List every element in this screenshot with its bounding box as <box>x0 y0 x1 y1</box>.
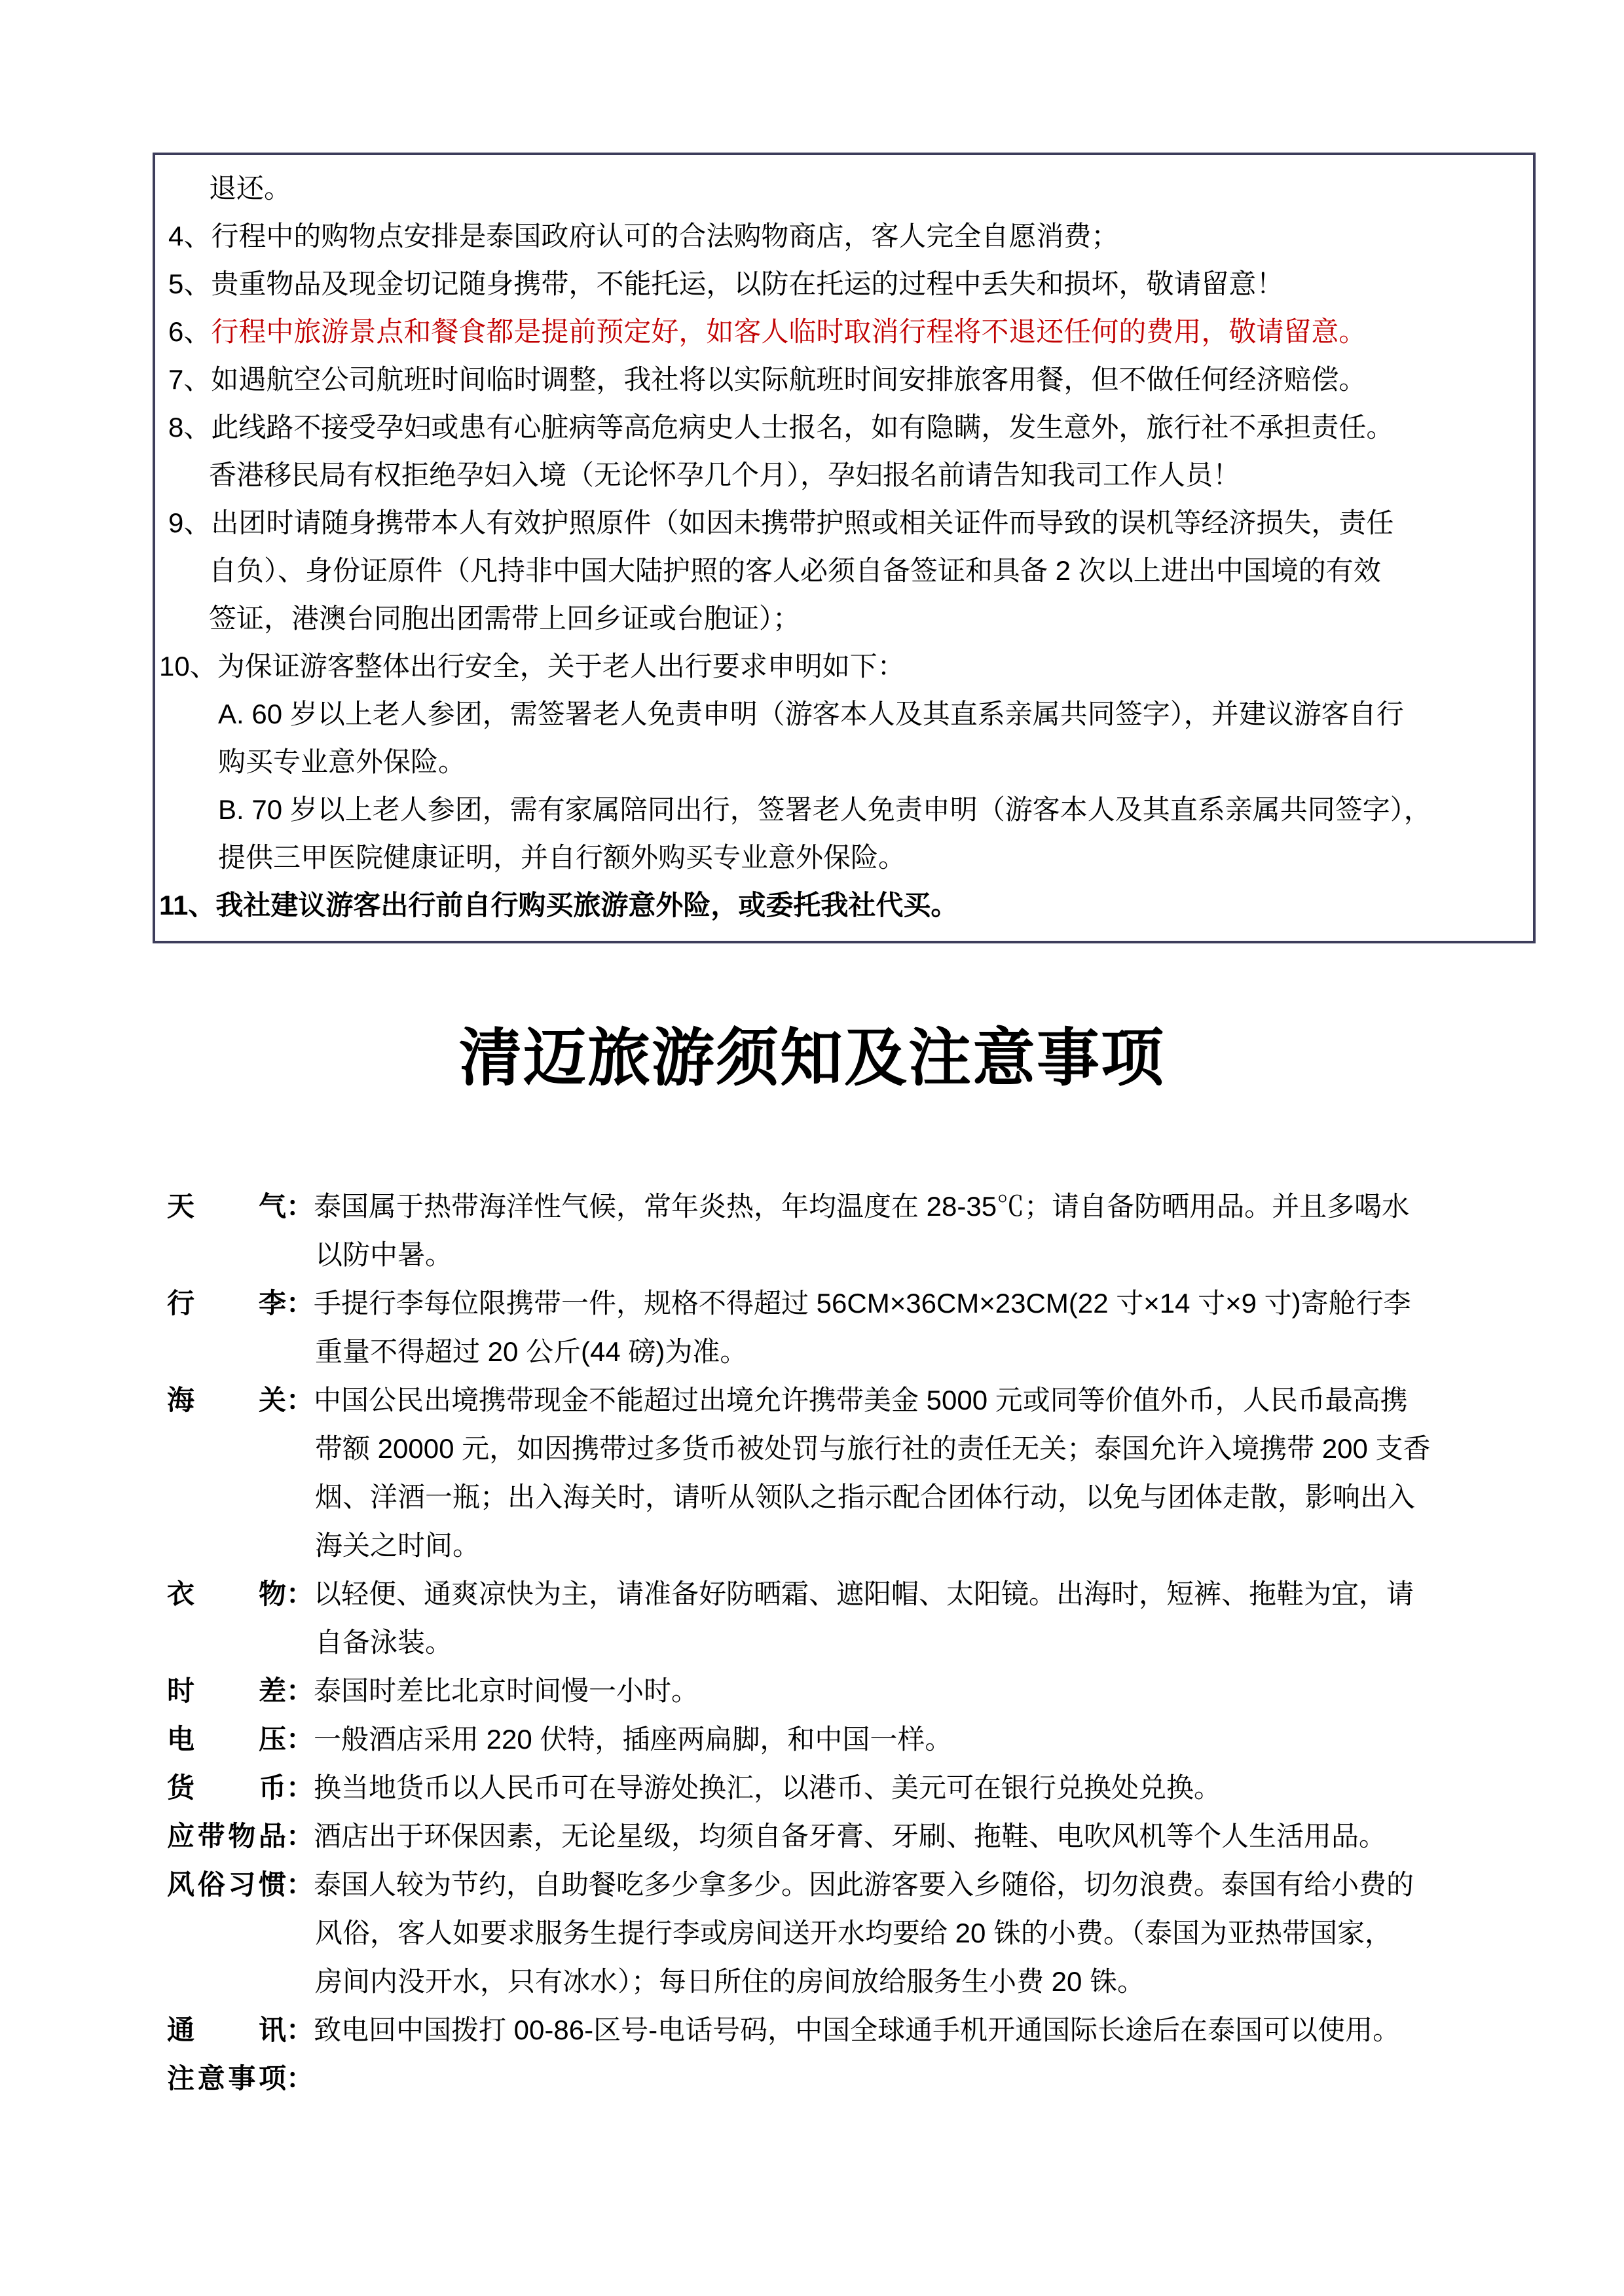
notice-item-10-a-cont: 购买专业意外保险。 <box>168 738 1521 786</box>
notice-item-11: 11、我社建议游客出行前自行购买旅游意外险，或委托我社代买。 <box>159 881 1521 929</box>
info-label: 电压 <box>167 1715 286 1764</box>
label-colon: ： <box>286 1578 314 1609</box>
notice-item-9: 9、出团时请随身携带本人有效护照原件（如因未携带护照或相关证件而导致的误机等经济… <box>168 499 1521 547</box>
label-colon: ： <box>286 1821 314 1851</box>
item-text: 如遇航空公司航班时间临时调整，我社将以实际航班时间安排旅客用餐，但不做任何经济赔… <box>211 364 1366 395</box>
item-number: 7、 <box>168 364 211 395</box>
notice-item-5: 5、贵重物品及现金切记随身携带，不能托运，以防在托运的过程中丢失和损坏，敬请留意… <box>168 260 1521 308</box>
item-text: 出团时请随身携带本人有效护照原件（如因未携带护照或相关证件而导致的误机等经济损失… <box>211 507 1393 538</box>
info-row-communication: 通讯：致电回中国拨打 00-86-区号-电话号码，中国全球通手机开通国际长途后在… <box>167 2006 1549 2054</box>
item-number: 8、 <box>168 412 211 443</box>
info-label: 风俗习惯 <box>167 1861 286 1909</box>
label-colon: ： <box>286 1675 314 1706</box>
notice-item-9-cont2: 签证，港澳台同胞出团需带上回乡证或台胞证）； <box>168 594 1521 642</box>
item-text: 为保证游客整体出行安全，关于老人出行要求申明如下： <box>217 651 905 682</box>
label-colon: ： <box>286 2014 314 2045</box>
info-label: 天气 <box>167 1182 286 1231</box>
info-label: 货币 <box>167 1764 286 1812</box>
item-text: A. 60 岁以上老人参团，需签署老人免责申明（游客本人及其直系亲属共同签字），… <box>218 699 1404 729</box>
info-row-notes: 注意事项： <box>167 2054 1549 2103</box>
item-text: 香港移民局有权拒绝孕妇入境（无论怀孕几个月），孕妇报名前请告知我司工作人员！ <box>209 460 1240 490</box>
notice-item-8: 8、此线路不接受孕妇或患有心脏病等高危病史人士报名，如有隐瞒，发生意外，旅行社不… <box>168 403 1521 451</box>
label-colon: ： <box>286 1288 314 1319</box>
notice-item-4: 4、行程中的购物点安排是泰国政府认可的合法购物商店，客人完全自愿消费； <box>168 212 1521 260</box>
info-text: 换当地货币以人民币可在导游处换汇，以港币、美元可在银行兑换处兑换。 <box>314 1772 1221 1803</box>
info-row-weather-cont: 以防中暑。 <box>167 1231 1549 1279</box>
notice-item-10-b-cont: 提供三甲医院健康证明，并自行额外购买专业意外保险。 <box>168 833 1521 881</box>
info-label: 时差 <box>167 1667 286 1715</box>
info-text: 手提行李每位限携带一件，规格不得超过 56CM×36CM×23CM(22 寸×1… <box>314 1288 1411 1319</box>
label-colon: ： <box>286 2063 314 2094</box>
item-number: 9、 <box>168 507 211 538</box>
info-row-customs-habits-cont1: 风俗，客人如要求服务生提行李或房间送开水均要给 20 铢的小费。（泰国为亚热带国… <box>167 1909 1549 1958</box>
info-row-customs: 海关：中国公民出境携带现金不能超过出境允许携带美金 5000 元或同等价值外币，… <box>167 1376 1549 1425</box>
item-text: 提供三甲医院健康证明，并自行额外购买专业意外保险。 <box>218 842 906 873</box>
info-text: 重量不得超过 20 公斤(44 磅)为准。 <box>315 1336 747 1367</box>
item-text: 退还。 <box>209 173 291 204</box>
label-colon: ： <box>286 1724 314 1755</box>
info-text: 中国公民出境携带现金不能超过出境允许携带美金 5000 元或同等价值外币，人民币… <box>314 1385 1408 1415</box>
item-text-red: 行程中旅游景点和餐食都是提前预定好，如客人临时取消行程将不退还任何的费用，敬请留… <box>211 316 1366 347</box>
info-label: 衣物 <box>167 1570 286 1618</box>
info-label: 注意事项 <box>167 2054 286 2103</box>
info-text: 致电回中国拨打 00-86-区号-电话号码，中国全球通手机开通国际长途后在泰国可… <box>314 2014 1400 2045</box>
info-text: 泰国属于热带海洋性气候，常年炎热，年均温度在 28-35℃；请自备防晒用品。并且… <box>314 1191 1409 1222</box>
item-text: 贵重物品及现金切记随身携带，不能托运，以防在托运的过程中丢失和损坏，敬请留意！ <box>211 268 1283 299</box>
info-text: 泰国人较为节约，自助餐吃多少拿多少。因此游客要入乡随俗，切勿浪费。泰国有给小费的 <box>314 1869 1414 1900</box>
info-text: 自备泳装。 <box>315 1627 452 1658</box>
info-row-customs-cont1: 带额 20000 元，如因携带过多货币被处罚与旅行社的责任无关；泰国允许入境携带… <box>167 1425 1549 1473</box>
info-label: 应带物品 <box>167 1812 286 1861</box>
info-row-luggage: 行李：手提行李每位限携带一件，规格不得超过 56CM×36CM×23CM(22 … <box>167 1279 1549 1328</box>
info-row-weather: 天气：泰国属于热带海洋性气候，常年炎热，年均温度在 28-35℃；请自备防晒用品… <box>167 1182 1549 1231</box>
document-page: 退还。 4、行程中的购物点安排是泰国政府认可的合法购物商店，客人完全自愿消费； … <box>0 0 1624 2296</box>
info-text: 海关之时间。 <box>315 1530 480 1561</box>
info-text: 以防中暑。 <box>315 1239 452 1270</box>
item-number: 6、 <box>168 316 211 347</box>
notice-item-6: 6、行程中旅游景点和餐食都是提前预定好，如客人临时取消行程将不退还任何的费用，敬… <box>168 308 1521 355</box>
label-colon: ： <box>286 1385 314 1415</box>
notice-box: 退还。 4、行程中的购物点安排是泰国政府认可的合法购物商店，客人完全自愿消费； … <box>153 153 1536 943</box>
notice-item-8-cont: 香港移民局有权拒绝孕妇入境（无论怀孕几个月），孕妇报名前请告知我司工作人员！ <box>168 451 1521 499</box>
item-text: 此线路不接受孕妇或患有心脏病等高危病史人士报名，如有隐瞒，发生意外，旅行社不承担… <box>211 412 1393 443</box>
info-row-timezone: 时差：泰国时差比北京时间慢一小时。 <box>167 1667 1549 1715</box>
page-title: 清迈旅游须知及注意事项 <box>0 1008 1624 1098</box>
label-colon: ： <box>286 1772 314 1803</box>
notice-item-7: 7、如遇航空公司航班时间临时调整，我社将以实际航班时间安排旅客用餐，但不做任何经… <box>168 355 1521 403</box>
info-text: 酒店出于环保因素，无论星级，均须自备牙膏、牙刷、拖鞋、电吹风机等个人生活用品。 <box>314 1821 1386 1851</box>
item-text: 签证，港澳台同胞出团需带上回乡证或台胞证）； <box>209 603 800 634</box>
item-text: 行程中的购物点安排是泰国政府认可的合法购物商店，客人完全自愿消费； <box>211 221 1118 251</box>
notice-line-refund: 退还。 <box>168 164 1521 212</box>
info-text: 以轻便、通爽凉快为主，请准备好防晒霜、遮阳帽、太阳镜。出海时，短裤、拖鞋为宜，请 <box>314 1578 1414 1609</box>
info-text: 烟、洋酒一瓶；出入海关时，请听从领队之指示配合团体行动，以免与团体走散，影响出入 <box>315 1482 1415 1512</box>
info-text: 泰国时差比北京时间慢一小时。 <box>314 1675 699 1706</box>
info-row-customs-habits-cont2: 房间内没开水，只有冰水）；每日所住的房间放给服务生小费 20 铢。 <box>167 1958 1549 2006</box>
info-row-customs-habits: 风俗习惯：泰国人较为节约，自助餐吃多少拿多少。因此游客要入乡随俗，切勿浪费。泰国… <box>167 1861 1549 1909</box>
label-colon: ： <box>286 1191 314 1222</box>
item-number: 4、 <box>168 221 211 251</box>
info-text: 房间内没开水，只有冰水）；每日所住的房间放给服务生小费 20 铢。 <box>315 1966 1145 1997</box>
item-number: 5、 <box>168 268 211 299</box>
info-section: 天气：泰国属于热带海洋性气候，常年炎热，年均温度在 28-35℃；请自备防晒用品… <box>167 1182 1549 2103</box>
notice-item-9-cont1: 自负）、身份证原件（凡持非中国大陆护照的客人必须自备签证和具备 2 次以上进出中… <box>168 547 1521 594</box>
info-row-luggage-cont: 重量不得超过 20 公斤(44 磅)为准。 <box>167 1328 1549 1376</box>
item-number: 10、 <box>159 651 217 682</box>
item-text: 自负）、身份证原件（凡持非中国大陆护照的客人必须自备签证和具备 2 次以上进出中… <box>209 555 1381 586</box>
item-text: 购买专业意外保险。 <box>218 746 466 777</box>
notice-item-10: 10、为保证游客整体出行安全，关于老人出行要求申明如下： <box>159 642 1521 690</box>
notice-item-10-b: B. 70 岁以上老人参团，需有家属陪同出行，签署老人免责申明（游客本人及其直系… <box>168 786 1521 833</box>
info-row-clothing: 衣物：以轻便、通爽凉快为主，请准备好防晒霜、遮阳帽、太阳镜。出海时，短裤、拖鞋为… <box>167 1570 1549 1618</box>
info-row-customs-cont2: 烟、洋酒一瓶；出入海关时，请听从领队之指示配合团体行动，以免与团体走散，影响出入 <box>167 1473 1549 1522</box>
label-colon: ： <box>286 1869 314 1900</box>
item-number: 11、 <box>159 890 215 920</box>
info-text: 一般酒店采用 220 伏特，插座两扁脚，和中国一样。 <box>314 1724 952 1755</box>
info-row-clothing-cont: 自备泳装。 <box>167 1618 1549 1667</box>
item-text: B. 70 岁以上老人参团，需有家属陪同出行，签署老人免责申明（游客本人及其直系… <box>218 794 1431 825</box>
info-label: 行李 <box>167 1279 286 1328</box>
info-row-customs-cont3: 海关之时间。 <box>167 1522 1549 1570</box>
info-row-voltage: 电压：一般酒店采用 220 伏特，插座两扁脚，和中国一样。 <box>167 1715 1549 1764</box>
info-label: 海关 <box>167 1376 286 1425</box>
notice-item-10-a: A. 60 岁以上老人参团，需签署老人免责申明（游客本人及其直系亲属共同签字），… <box>168 690 1521 738</box>
info-label: 通讯 <box>167 2006 286 2054</box>
info-row-items-to-bring: 应带物品：酒店出于环保因素，无论星级，均须自备牙膏、牙刷、拖鞋、电吹风机等个人生… <box>167 1812 1549 1861</box>
info-text: 带额 20000 元，如因携带过多货币被处罚与旅行社的责任无关；泰国允许入境携带… <box>315 1433 1431 1464</box>
info-text: 风俗，客人如要求服务生提行李或房间送开水均要给 20 铢的小费。（泰国为亚热带国… <box>315 1918 1392 1948</box>
info-row-currency: 货币：换当地货币以人民币可在导游处换汇，以港币、美元可在银行兑换处兑换。 <box>167 1764 1549 1812</box>
item-text: 我社建议游客出行前自行购买旅游意外险，或委托我社代买。 <box>215 890 958 920</box>
